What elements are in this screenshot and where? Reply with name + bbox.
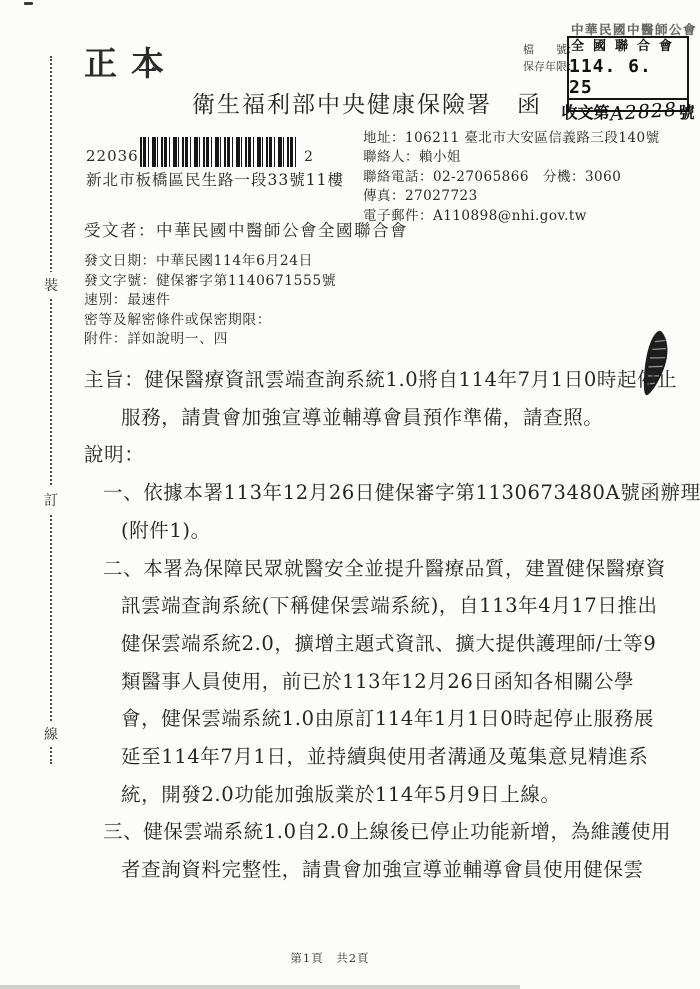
contact-address: 地址：106211 臺北市大安區信義路三段140號: [363, 129, 660, 148]
subject-line-1: 主旨：健保醫療資訊雲端查詢系統1.0將自114年7月1日0時起停止: [0, 361, 660, 399]
scan-artifact: [24, 2, 33, 5]
contact-phone: 聯絡電話：02-27065866 分機：3060: [363, 168, 660, 187]
contact-fax: 傳真：27027723: [363, 187, 660, 206]
page-number-footer: 第1頁 共2頁: [0, 950, 660, 966]
receipt-suffix: 號: [679, 100, 695, 123]
document-title: 衛生福利部中央健康保險署 函: [192, 86, 542, 119]
received-stamp-date: 114. 6. 25: [569, 56, 687, 98]
barcode: [140, 137, 299, 167]
issue-date: 發文日期：中華民國114年6月24日: [84, 252, 336, 272]
subject-line-2: 服務，請貴會加強宣導並輔導會員預作準備，請查照。: [0, 399, 660, 437]
item-2-line-4: 類醫事人員使用，前已於113年12月26日函知各相關公學: [0, 663, 660, 701]
binding-mark-zhuang: 裝: [41, 272, 61, 298]
recipient-line: 受文者：中華民國中醫師公會全國聯合會: [84, 217, 408, 241]
item-3-line-1: 三、健保雲端系統1.0自2.0上線後已停止功能新增，為維護使用: [0, 813, 660, 851]
attachment-note: 附件：詳如說明一、四: [84, 330, 336, 350]
item-2-line-2: 訊雲端查詢系統(下稱健保雲端系統)，自113年4月17日推出: [0, 587, 660, 625]
scan-edge-shadow: [0, 985, 520, 989]
received-stamp-receipt-number: 收文第 A2828 號: [569, 98, 687, 123]
doc-number: 發文字號：健保審字第1140671555號: [84, 272, 336, 292]
received-stamp-box: 全國聯合會 114. 6. 25 收文第 A2828 號: [567, 36, 689, 112]
receipt-number-handwritten: A2828: [610, 98, 678, 125]
security-class: 密等及解密條件或保密期限：: [84, 311, 336, 331]
explanation-heading: 說明：: [0, 436, 660, 474]
body-text: 主旨：健保醫療資訊雲端查詢系統1.0將自114年7月1日0時起停止 服務，請貴會…: [0, 361, 660, 889]
item-2-line-3: 健保雲端系統2.0，擴增主題式資訊、擴大提供護理師/士等9: [0, 625, 660, 663]
item-2-line-5: 會，健保雲端系統1.0由原訂114年1月1日0時起停止服務展: [0, 700, 660, 738]
item-1-line-2: (附件1)。: [0, 512, 660, 550]
item-2-line-1: 二、本署為保障民眾就醫安全並提升醫療品質，建置健保醫療資: [0, 550, 660, 588]
item-1-line-1: 一、依據本署113年12月26日健保審字第1130673480A號函辦理: [0, 474, 660, 512]
document-page: 裝 訂 線 正本 衛生福利部中央健康保險署 函 檔 號： 保存年限： 中華民國中…: [0, 0, 700, 989]
receipt-prefix: 收文第: [561, 100, 609, 123]
copy-type-label: 正本: [84, 38, 178, 85]
received-stamp-org-line2: 全國聯合會: [565, 38, 687, 56]
item-2-line-7: 統，開發2.0功能加強版業於114年5月9日上線。: [0, 776, 660, 814]
barcode-check-digit: 2: [304, 149, 313, 165]
speed-class: 速別：最速件: [84, 291, 336, 311]
contact-block: 地址：106211 臺北市大安區信義路三段140號 聯絡人：賴小姐 聯絡電話：0…: [363, 129, 660, 226]
sender-address: 新北市板橋區民生路一段33號11樓: [86, 168, 344, 190]
meta-block: 發文日期：中華民國114年6月24日 發文字號：健保審字第1140671555號…: [84, 252, 336, 350]
item-2-line-6: 延至114年7月1日，並持續與使用者溝通及蒐集意見精進系: [0, 738, 660, 776]
item-3-line-2: 者查詢資料完整性，請貴會加強宣導並輔導會員使用健保雲: [0, 851, 660, 889]
contact-person: 聯絡人：賴小姐: [363, 148, 660, 167]
